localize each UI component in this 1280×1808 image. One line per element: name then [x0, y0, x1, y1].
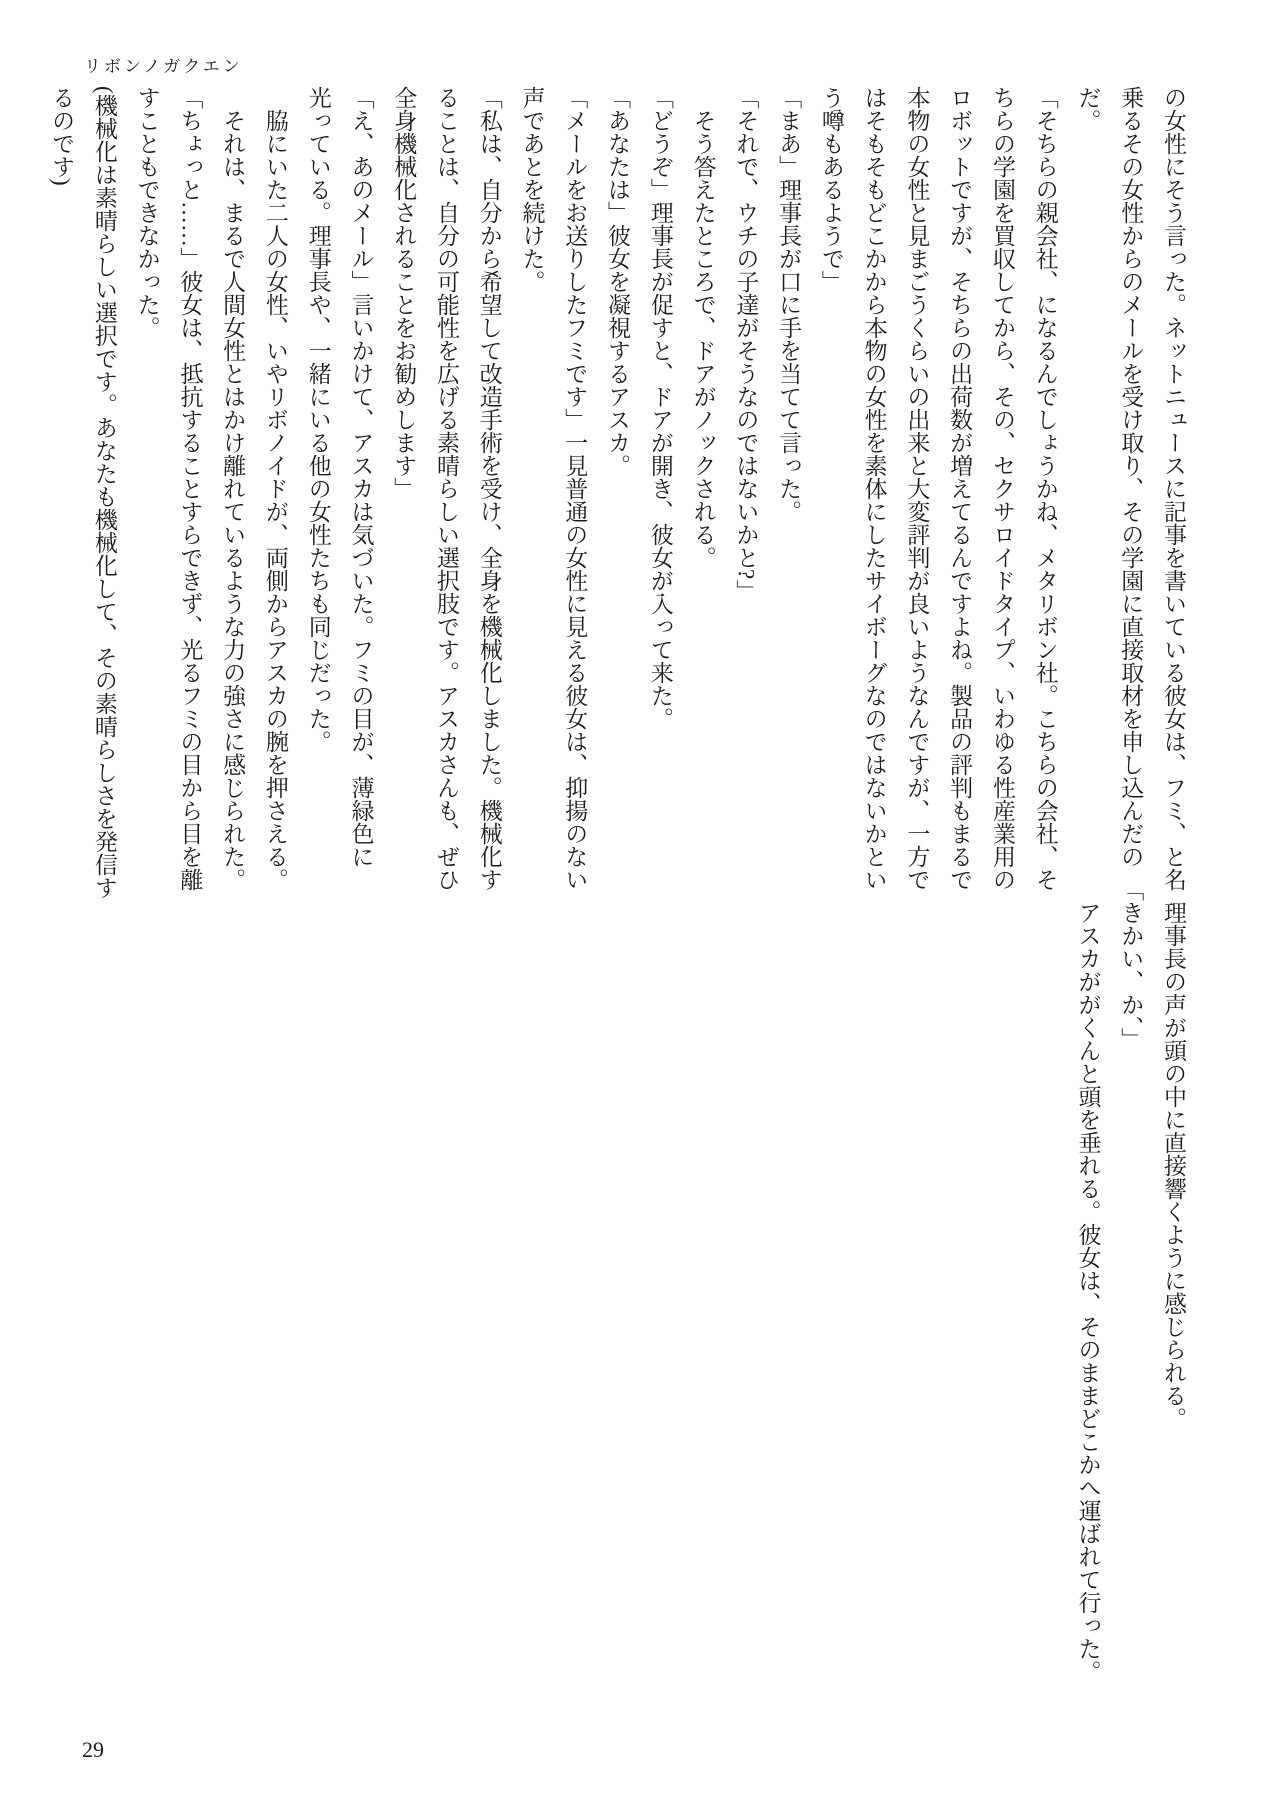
paragraph: 「え、あのメール」言いかけて、アスカは気づいた。フミの目が、薄緑色に光っている。…: [296, 86, 382, 901]
paragraph: そう答えたところで、ドアがノックされる。: [681, 86, 724, 901]
paragraph: 「それで、ウチの子達がそうなのではないかと?」: [724, 86, 767, 901]
paragraph: 脇にいた二人の女性、いやリボノイドが、両側からアスカの腕を押さえる。: [253, 86, 296, 901]
paragraph: 「あなたは」彼女を凝視するアスカ。: [595, 86, 638, 901]
paragraph: アスカががくんと頭を垂れる。彼女は、そのままどこかへ運ばれて行った。: [1066, 878, 1109, 1693]
paragraph: 理事長の声が頭の中に直接響くように感じられる。: [1151, 878, 1194, 1693]
main-text-block: の女性にそう言った。ネットニュースに記事を書いている彼女は、フミ、と名乗るその女…: [39, 86, 1194, 901]
paragraph: それは、まるで人間女性とはかけ離れているような力の強さに感じられた。: [210, 86, 253, 901]
paragraph: 「メールをお送りしたフミです」一見普通の女性に見える彼女は、抑揚のない声であとを…: [510, 86, 596, 901]
paragraph: 「ちょっと……」彼女は、抵抗することすらできず、光るフミの目から目を離すこともで…: [125, 86, 211, 901]
paragraph: の女性にそう言った。ネットニュースに記事を書いている彼女は、フミ、と名乗るその女…: [1066, 86, 1194, 901]
paragraph: (機械化は素晴らしい選択です。あなたも機械化して、その素晴らしさを発信するのです…: [39, 86, 125, 901]
page-number: 29: [82, 1737, 104, 1763]
paragraph: 「どうぞ」理事長が促すと、ドアが開き、彼女が入って来た。: [638, 86, 681, 901]
running-title: リボンノガクエン: [84, 52, 243, 77]
paragraph: 「まあ」理事長が口に手を当てて言った。: [766, 86, 809, 901]
paragraph: 「私は、自分から希望して改造手術を受け、全身を機械化しました。機械化することは、…: [381, 86, 509, 901]
novel-page: リボンノガクエン の女性にそう言った。ネットニュースに記事を書いている彼女は、フ…: [0, 0, 1280, 1808]
paragraph: 「そちらの親会社、になるんでしょうかね、メタリボン社。こちらの会社、そちらの学園…: [809, 86, 1066, 901]
paragraph: 「きかい、か、」: [1108, 878, 1151, 1693]
continuation-text-block: 理事長の声が頭の中に直接響くように感じられる。 「きかい、か、」 アスカががくん…: [1066, 878, 1194, 1693]
